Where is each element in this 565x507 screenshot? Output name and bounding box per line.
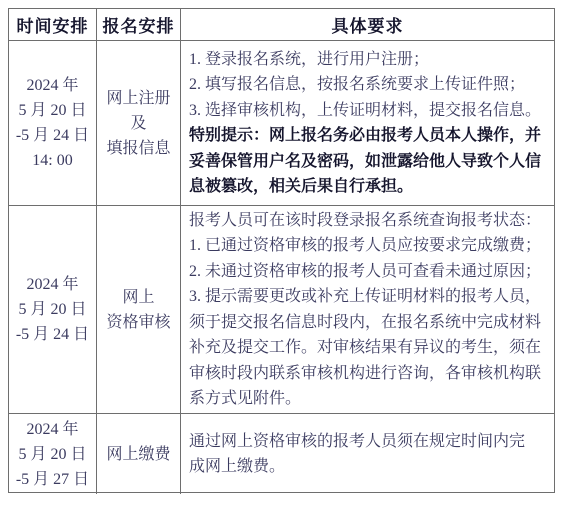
text-line: 2024 年 bbox=[26, 73, 78, 98]
document-page: 时间安排 报名安排 具体要求 2024 年5 月 20 日-5 月 24 日14… bbox=[0, 0, 565, 507]
row1-arrangement-cell: 网上注册及填报信息 bbox=[97, 41, 181, 206]
row2-arrangement-cell: 网上资格审核 bbox=[97, 206, 181, 414]
text-line: -5 月 24 日 bbox=[16, 123, 89, 148]
text-line: 资格审核 bbox=[106, 310, 170, 335]
text-line: 系方式见附件。 bbox=[189, 386, 546, 412]
row1-time-cell: 2024 年5 月 20 日-5 月 24 日14: 00 bbox=[9, 41, 97, 206]
text-line: 2. 填写报名信息，按报名系统要求上传证件照； bbox=[189, 72, 546, 98]
text-line: 5 月 20 日 bbox=[18, 297, 86, 322]
row2-requirement-cell: 报考人员可在该时段登录报名系统查询报考状态：1. 已通过资格审核的报考人员应按要… bbox=[181, 206, 554, 414]
text-line: 网上 bbox=[122, 285, 154, 310]
text-line: 报考人员可在该时段登录报名系统查询报考状态： bbox=[189, 208, 546, 234]
text-line: 2. 未通过资格审核的报考人员可查看未通过原因； bbox=[189, 259, 546, 285]
text-line: 审核时段内联系审核机构进行咨询，各审核机构联 bbox=[189, 361, 546, 387]
row3-arrangement-cell: 网上缴费 bbox=[97, 414, 181, 494]
text-line: 1. 登录报名系统，进行用户注册； bbox=[189, 47, 546, 73]
text-line: 须于提交报名信息时段内，在报名系统中完成材料 bbox=[189, 310, 546, 336]
text-line: 3. 选择审核机构，上传证明材料，提交报名信息。 bbox=[189, 98, 546, 124]
row3-requirement-cell: 通过网上资格审核的报考人员须在规定时间内完成网上缴费。 bbox=[181, 414, 554, 494]
text-line: 补充及提交工作。对审核结果有异议的考生，须在 bbox=[189, 335, 546, 361]
text-line: 5 月 20 日 bbox=[18, 98, 86, 123]
text-line: 3. 提示需要更改或补充上传证明材料的报考人员， bbox=[189, 284, 546, 310]
text-line: 2024 年 bbox=[26, 272, 78, 297]
text-line: 1. 已通过资格审核的报考人员应按要求完成缴费； bbox=[189, 233, 546, 259]
text-line: -5 月 27 日 bbox=[16, 467, 89, 492]
text-line: 成网上缴费。 bbox=[189, 454, 546, 480]
text-line: 通过网上资格审核的报考人员须在规定时间内完 bbox=[189, 429, 546, 455]
header-cell-time: 时间安排 bbox=[9, 9, 97, 41]
text-line: 息被篡改，相关后果自行承担。 bbox=[189, 174, 546, 200]
header-cell-requirement: 具体要求 bbox=[181, 9, 554, 41]
text-line: 网上缴费 bbox=[106, 442, 170, 467]
text-line: 及 bbox=[130, 111, 146, 136]
text-line: 填报信息 bbox=[106, 136, 170, 161]
row3-time-cell: 2024 年5 月 20 日-5 月 27 日 bbox=[9, 414, 97, 494]
text-line: -5 月 24 日 bbox=[16, 322, 89, 347]
row1-requirement-cell: 1. 登录报名系统，进行用户注册；2. 填写报名信息，按报名系统要求上传证件照；… bbox=[181, 41, 554, 206]
text-line: 14: 00 bbox=[32, 148, 72, 173]
text-line: 5 月 20 日 bbox=[18, 442, 86, 467]
text-line: 网上注册 bbox=[106, 86, 170, 111]
header-cell-arrangement: 报名安排 bbox=[97, 9, 181, 41]
text-line: 特别提示：网上报名务必由报考人员本人操作，并 bbox=[189, 123, 546, 149]
row2-time-cell: 2024 年5 月 20 日-5 月 24 日 bbox=[9, 206, 97, 414]
text-line: 妥善保管用户名及密码，如泄露给他人导致个人信 bbox=[189, 149, 546, 175]
text-line: 2024 年 bbox=[26, 417, 78, 442]
registration-schedule-table: 时间安排 报名安排 具体要求 2024 年5 月 20 日-5 月 24 日14… bbox=[8, 8, 555, 493]
